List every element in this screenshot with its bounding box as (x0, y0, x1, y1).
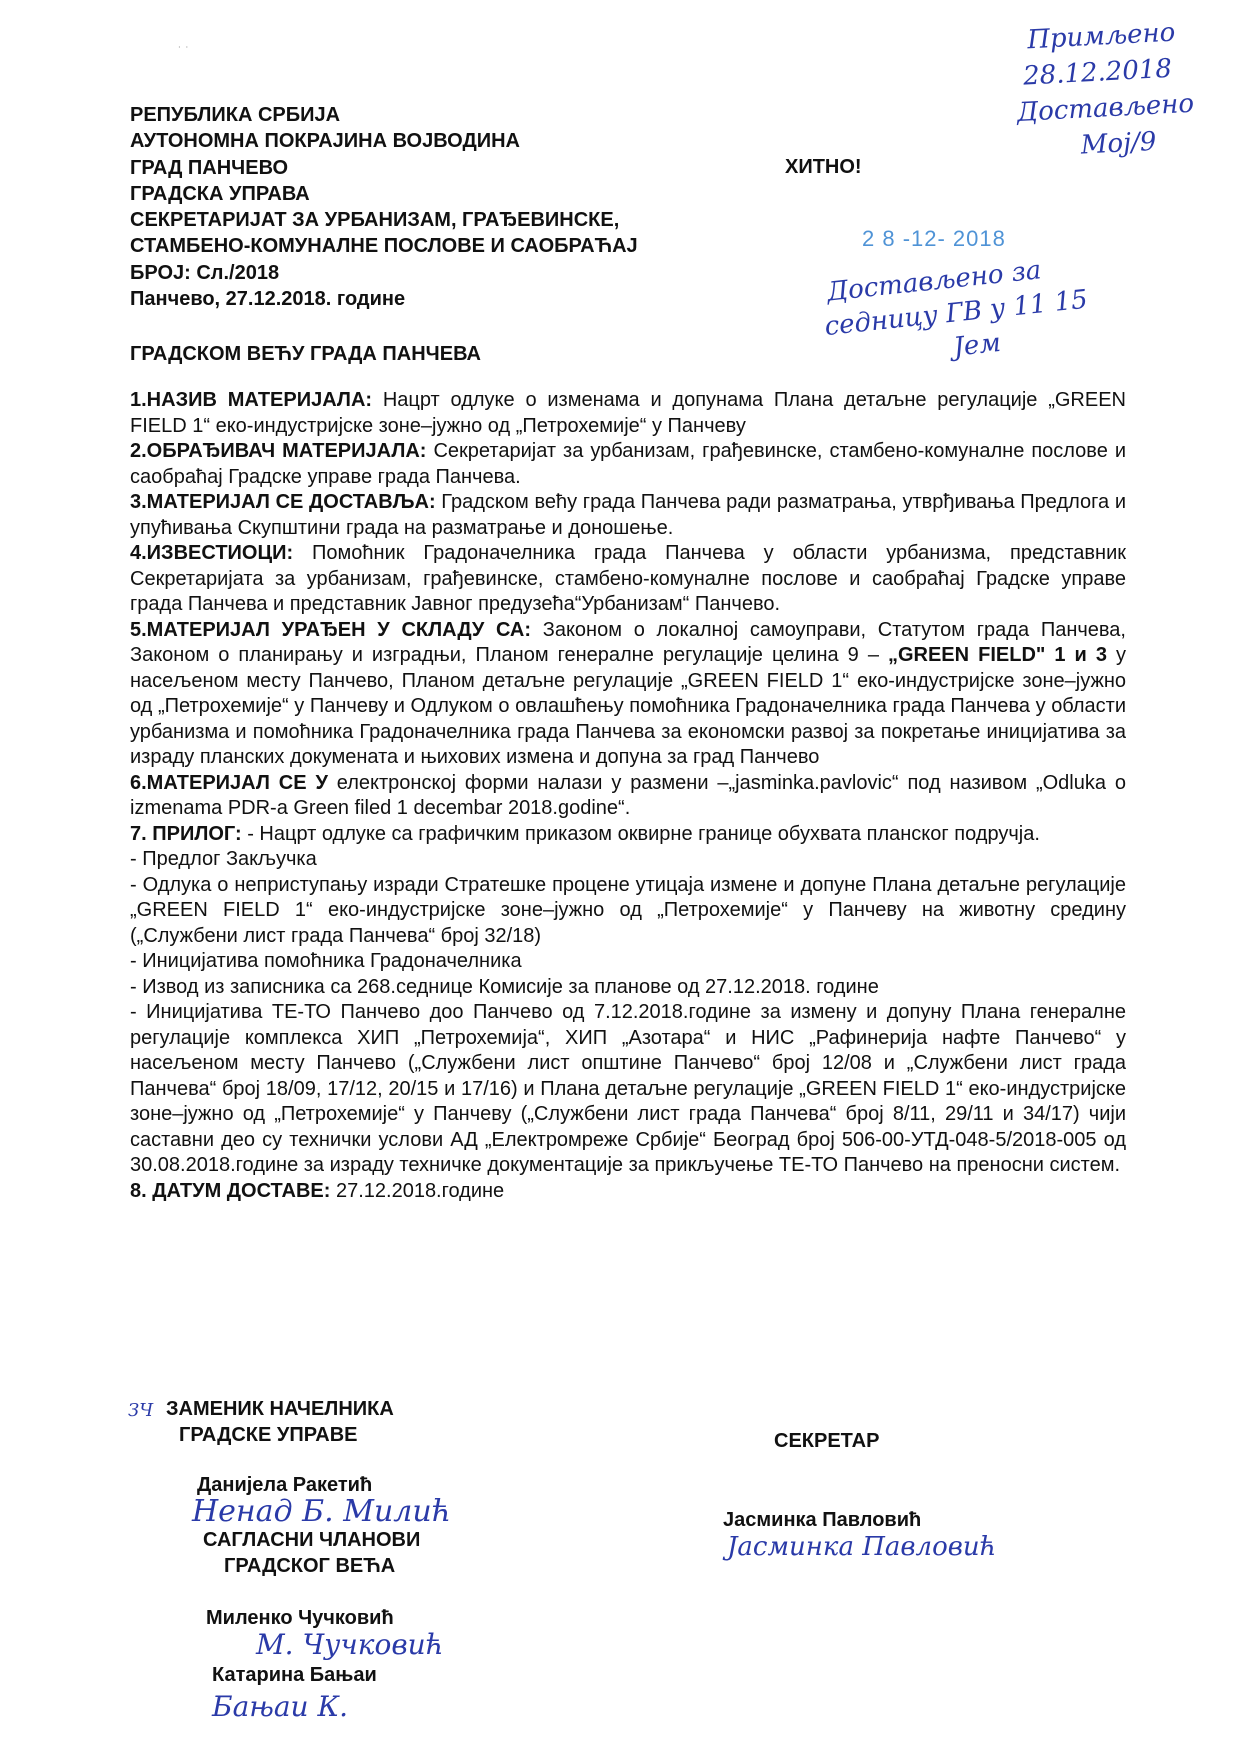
attachment-item: - Предлог Закључка (130, 847, 1126, 873)
received-handwritten-note: Примљено 28.12.2018 Достављено Мој/9 (1026, 14, 1196, 166)
letterhead: РЕПУБЛИКА СРБИЈА АУТОНОМНА ПОКРАЈИНА ВОЈ… (130, 102, 638, 312)
header-country: РЕПУБЛИКА СРБИЈА (130, 102, 638, 128)
section-1: 1.НАЗИВ МАТЕРИЈАЛА: Нацрт одлуке о измен… (130, 388, 1126, 439)
header-date: Панчево, 27.12.2018. године (130, 286, 638, 312)
deputy-head-title: ЗАМЕНИК НАЧЕЛНИКА ГРАДСКЕ УПРАВЕ (166, 1396, 394, 1448)
attachment-item: - Иницијатива ТЕ-ТО Панчево доо Панчево … (130, 1000, 1126, 1179)
attachment-item: - Извод из записника са 268.седнице Коми… (130, 975, 1126, 1001)
secretary-name: Јасминка Павловић (723, 1509, 921, 1532)
section-3: 3.МАТЕРИЈАЛ СЕ ДОСТАВЉА: Градском већу г… (130, 490, 1126, 541)
deputy-head-signature: Ненад Б. Милић (192, 1494, 451, 1529)
header-secretariat-2: СТАМБЕНО-КОМУНАЛНЕ ПОСЛОВЕ И САОБРАЋАЈ (130, 233, 638, 259)
council-member-signature: М. Чучковић (256, 1628, 444, 1661)
addressee: ГРАДСКОМ ВЕЋУ ГРАДА ПАНЧЕВА (130, 341, 481, 367)
section-8: 8. ДАТУМ ДОСТАВЕ: 27.12.2018.године (130, 1179, 1126, 1205)
attachment-item: - Иницијатива помоћника Градоначелника (130, 949, 1126, 975)
secretary-title: СЕКРЕТАР (774, 1428, 879, 1454)
scan-speck: ˙ ˙ (178, 44, 189, 58)
section-4: 4.ИЗВЕСТИОЦИ: Помоћник Градоначелника гр… (130, 541, 1126, 618)
header-province: АУТОНОМНА ПОКРАЈИНА ВОЈВОДИНА (130, 128, 638, 154)
section-7: 7. ПРИЛОГ: - Нацрт одлуке са графичким п… (130, 822, 1126, 848)
section-5: 5.МАТЕРИЈАЛ УРАЂЕН У СКЛАДУ СА: Законом … (130, 618, 1126, 771)
header-number: БРОЈ: Сл./2018 (130, 260, 638, 286)
header-secretariat-1: СЕКРЕТАРИЈАТ ЗА УРБАНИЗАМ, ГРАЂЕВИНСКЕ, (130, 207, 638, 233)
section-2: 2.ОБРАЂИВАЧ МАТЕРИЈАЛА: Секретаријат за … (130, 439, 1126, 490)
council-member-name: Миленко Чучковић (206, 1607, 394, 1630)
urgent-label: ХИТНО! (785, 156, 862, 179)
document-body: 1.НАЗИВ МАТЕРИЈАЛА: Нацрт одлуке о измен… (130, 388, 1126, 1204)
council-member-signature: Бањаи К. (212, 1690, 348, 1723)
attachment-item: - Одлука о неприступању изради Стратешке… (130, 873, 1126, 950)
header-administration: ГРАДСКА УПРАВА (130, 181, 638, 207)
initials-handwritten: ЗЧ (128, 1400, 153, 1421)
council-member-name: Катарина Бањаи (212, 1664, 377, 1687)
header-city: ГРАД ПАНЧЕВО (130, 155, 638, 181)
delivery-handwritten-note: Достављено за седницу ГВ у 11 15 Јем (825, 249, 1092, 377)
secretary-signature: Јасминка Павловић (727, 1532, 996, 1562)
received-date-stamp: 2 8 -12- 2018 (862, 226, 1006, 252)
council-members-title: САГЛАСНИ ЧЛАНОВИ ГРАДСКОГ ВЕЋА (203, 1527, 420, 1579)
section-6: 6.МАТЕРИЈАЛ СЕ У електронској форми нала… (130, 771, 1126, 822)
